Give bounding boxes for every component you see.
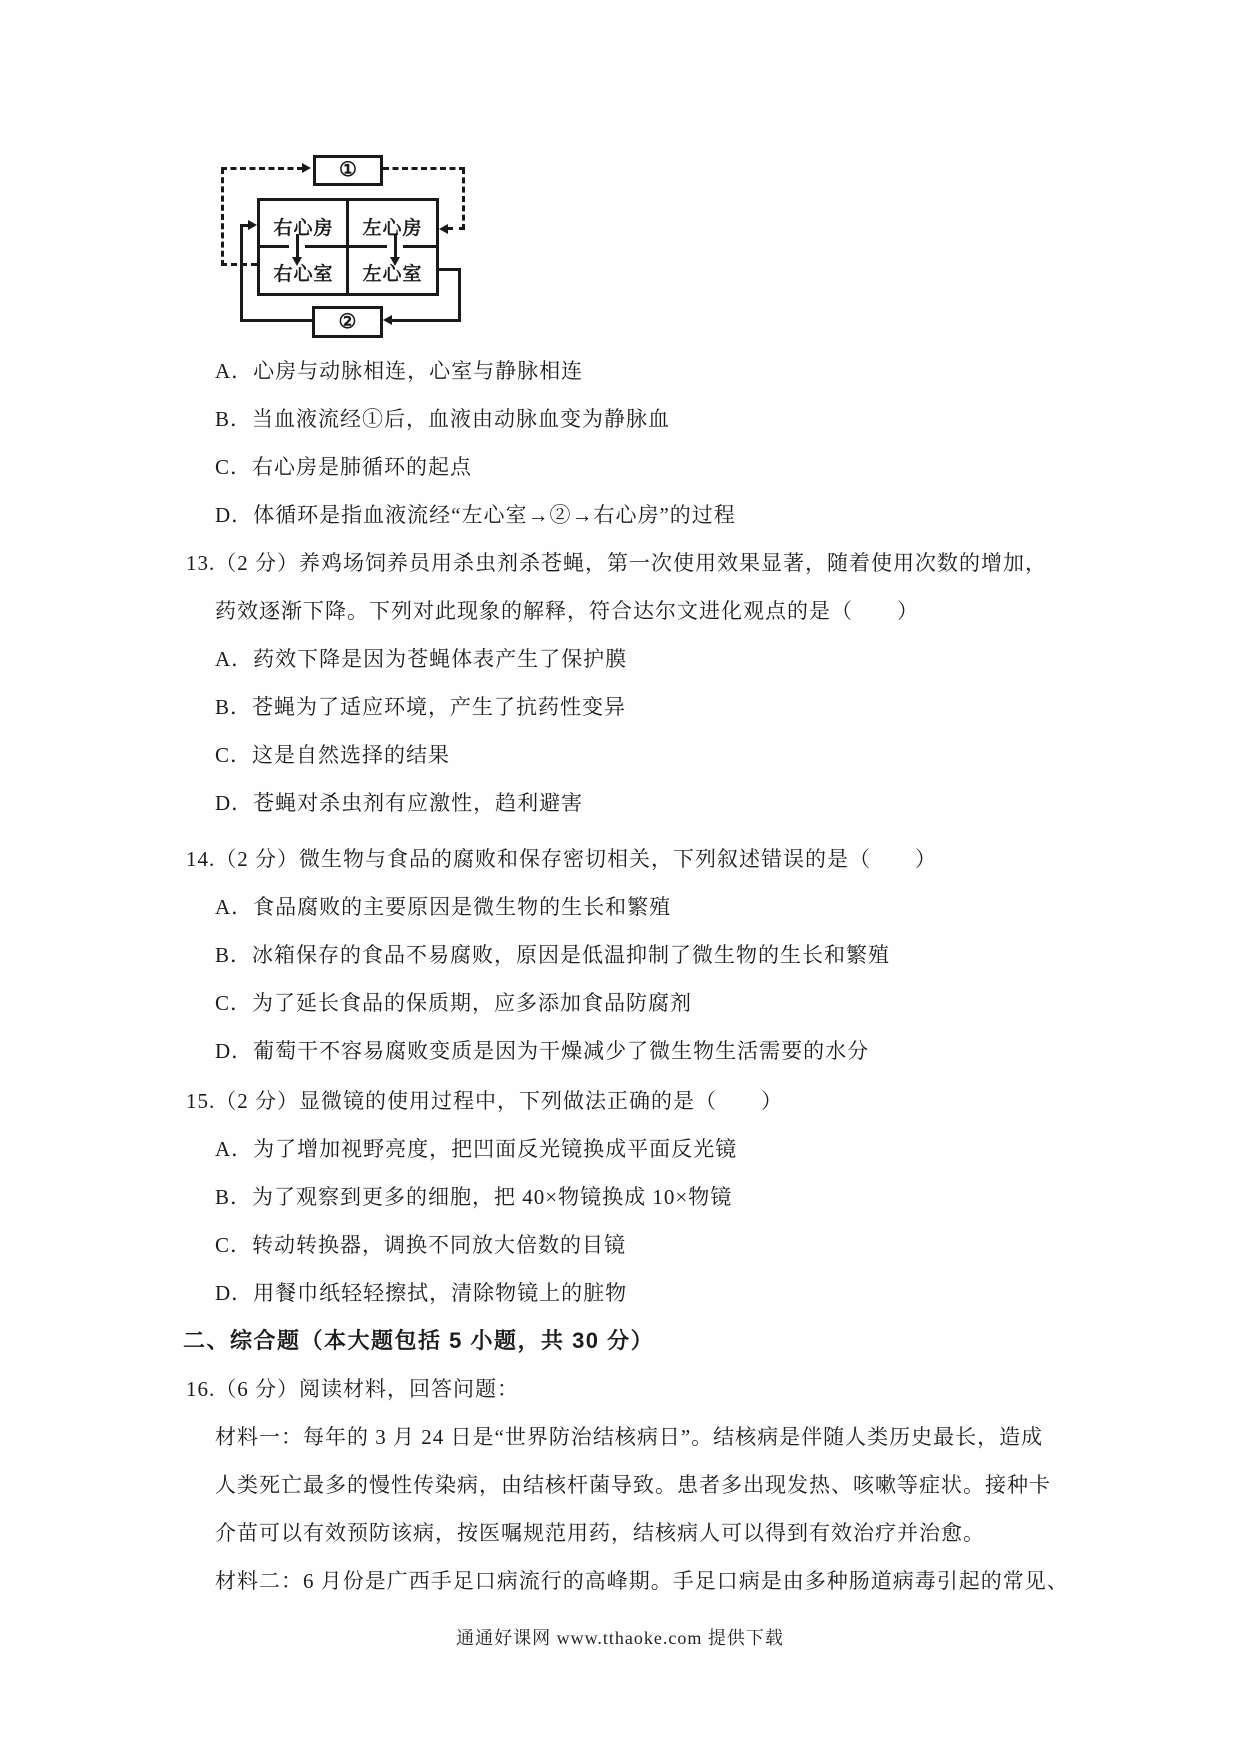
arrow-shaft-right-column <box>296 234 299 258</box>
q15-option-b: B．为了观察到更多的细胞，把 40×物镜换成 10×物镜 <box>215 1184 732 1210</box>
arrow-down-right-column-icon <box>292 257 302 266</box>
dashed-line-into-left-atrium <box>447 227 465 230</box>
q14-option-d: D．葡萄干不容易腐败变质是因为干燥减少了微生物生活需要的水分 <box>215 1038 869 1064</box>
q13-option-c: C．这是自然选择的结果 <box>215 742 450 768</box>
arrow-into-node1-icon <box>302 163 311 173</box>
q13-header-line2: 药效逐渐下降。下列对此现象的解释，符合达尔文进化观点的是（ ） <box>215 598 919 624</box>
solid-line-into-node2 <box>392 319 461 322</box>
q16-header: 16.（6 分）阅读材料，回答问题： <box>186 1376 519 1402</box>
dashed-line-top-right-horizontal <box>383 167 465 170</box>
q16-material1-line2: 人类死亡最多的慢性传染病，由结核杆菌导致。患者多出现发热、咳嗽等症状。接种卡 <box>215 1472 1051 1498</box>
dashed-line-left-vertical <box>221 168 224 266</box>
q12-option-a: A．心房与动脉相连，心室与静脉相连 <box>215 358 583 384</box>
grid-horizontal-divider-segment <box>305 245 346 248</box>
q13-option-a: A．药效下降是因为苍蝇体表产生了保护膜 <box>215 646 627 672</box>
arrow-into-right-atrium-icon <box>248 220 257 230</box>
q16-material1-line1: 材料一：每年的 3 月 24 日是“世界防治结核病日”。结核病是伴随人类历史最长… <box>215 1424 1043 1450</box>
arrow-into-node2-icon <box>383 315 392 325</box>
footer-watermark: 通通好课网 www.tthaoke.com 提供下载 <box>0 1624 1240 1650</box>
q15-option-c: C．转动转换器，调换不同放大倍数的目镜 <box>215 1232 626 1258</box>
label-right-atrium: 右心房 <box>259 213 348 240</box>
label-right-ventricle: 右心室 <box>259 259 348 286</box>
section-2-heading: 二、综合题（本大题包括 5 小题，共 30 分） <box>183 1328 654 1354</box>
q13-header-line1: 13.（2 分）养鸡场饲养员用杀虫剂杀苍蝇，第一次使用效果显著，随着使用次数的增… <box>186 550 1047 576</box>
label-left-atrium: 左心房 <box>348 213 437 240</box>
arrow-into-left-atrium-icon <box>439 224 448 234</box>
dashed-line-right-vertical <box>462 168 465 230</box>
dashed-line-bottom-left-horizontal <box>221 263 257 266</box>
q12-option-c: C．右心房是肺循环的起点 <box>215 454 472 480</box>
q14-option-b: B．冰箱保存的食品不易腐败，原因是低温抑制了微生物的生长和繁殖 <box>215 942 890 968</box>
q14-option-a: A．食品腐败的主要原因是微生物的生长和繁殖 <box>215 894 671 920</box>
q16-material1-line3: 介苗可以有效预防该病，按医嘱规范用药，结核病人可以得到有效治疗并治愈。 <box>215 1520 985 1546</box>
q15-header: 15.（2 分）显微镜的使用过程中，下列做法正确的是（ ） <box>186 1088 783 1114</box>
solid-line-right-vertical <box>458 268 461 322</box>
grid-horizontal-divider-segment <box>349 245 387 248</box>
q13-option-b: B．苍蝇为了适应环境，产生了抗药性变异 <box>215 694 626 720</box>
q12-option-b: B．当血液流经①后，血液由动脉血变为静脉血 <box>215 406 670 432</box>
heart-circulation-diagram: ① ② 右心房 左心房 右心室 左心室 <box>195 140 495 355</box>
q15-option-d: D．用餐巾纸轻轻擦拭，清除物镜上的脏物 <box>215 1280 627 1306</box>
diagram-node-2: ② <box>312 306 383 338</box>
solid-line-bottom-left-horizontal <box>240 319 312 322</box>
q16-material2-line1: 材料二：6 月份是广西手足口病流行的高峰期。手足口病是由多种肠道病毒引起的常见、 <box>215 1568 1069 1594</box>
grid-horizontal-divider-segment <box>257 245 289 248</box>
q15-option-a: A．为了增加视野亮度，把凹面反光镜换成平面反光镜 <box>215 1136 737 1162</box>
q13-option-d: D．苍蝇对杀虫剂有应激性，趋利避害 <box>215 790 583 816</box>
arrow-shaft-left-column <box>394 234 397 258</box>
grid-horizontal-divider-segment <box>403 245 439 248</box>
q14-option-c: C．为了延长食品的保质期，应多添加食品防腐剂 <box>215 990 692 1016</box>
diagram-node-1: ① <box>313 155 383 186</box>
exam-paper-page: ① ② 右心房 左心房 右心室 左心室 A．心房与动脉相连，心室与静脉相连 B．… <box>0 0 1240 1754</box>
dashed-line-top-left-horizontal <box>221 167 303 170</box>
q12-option-d: D．体循环是指血液流经“左心室→②→右心房”的过程 <box>215 502 736 528</box>
q14-header: 14.（2 分）微生物与食品的腐败和保存密切相关，下列叙述错误的是（ ） <box>186 846 937 872</box>
arrow-down-left-column-icon <box>390 257 400 266</box>
solid-line-left-vertical <box>240 224 243 322</box>
